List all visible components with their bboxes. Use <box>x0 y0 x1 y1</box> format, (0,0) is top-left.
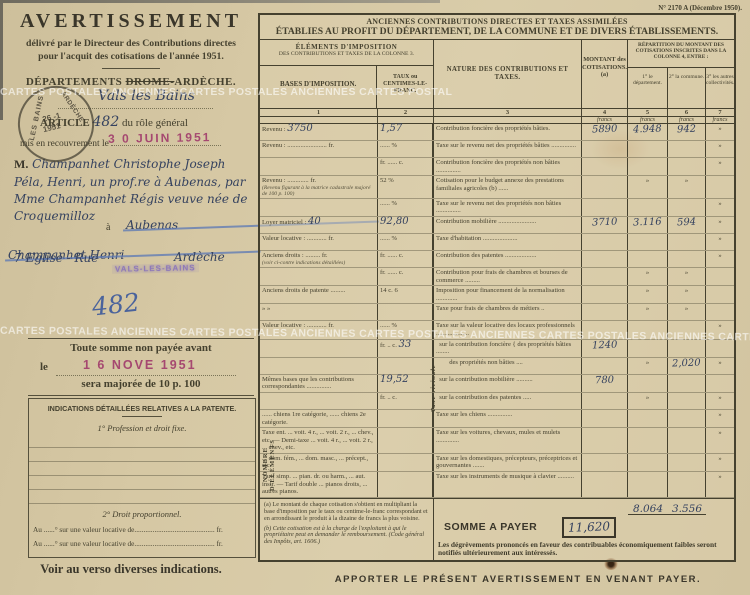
bases-cell <box>260 340 378 357</box>
bases-printed: Anciens droits de patente ......... <box>262 287 345 294</box>
col-num-1: 1 <box>260 109 378 116</box>
subtitle-line2: pour l'acquit des cotisations de l'année… <box>6 51 256 62</box>
departement-cell <box>628 251 668 267</box>
table-header: ÉLÉMENTS D'IMPOSITION DES CONTRIBUTIONS … <box>260 40 734 109</box>
footnote-a: (a) Le montant de chaque cotisation s'ob… <box>264 502 429 523</box>
departement-value: 3.116 <box>633 217 662 227</box>
nature-cell: sur la contribution des patentes ..... <box>434 393 582 409</box>
taux-cell: 14 c. 6 <box>378 286 434 303</box>
bases-printed: Loyer matriciel : <box>262 219 306 226</box>
taux-cell <box>378 410 434 427</box>
addressee-line2: Péla, Henri, un prof.re à Aubenas, par <box>14 176 252 189</box>
commune-cell: 942 <box>668 124 706 140</box>
patente-box: INDICATIONS DÉTAILLÉES RELATIVES A LA PA… <box>28 398 256 558</box>
bases-cell: Tarif simp. ... pian. dr. ou harm., ... … <box>260 472 378 497</box>
fill-line <box>56 375 236 376</box>
autres-value: » <box>718 159 721 166</box>
bases-handwritten: 3750 <box>287 123 312 134</box>
late-payment-text1: Toute somme non payée avant <box>28 342 254 354</box>
departement-cell <box>628 158 668 175</box>
departement-cell <box>628 410 668 427</box>
autres-cell: » <box>706 141 734 157</box>
autres-cell: » <box>706 393 734 409</box>
taux-handwritten: 92,80 <box>380 216 409 227</box>
totals-and-somme: 8.064 3.556 SOMME A PAYER 11,620 Les dég… <box>434 499 734 560</box>
taux-cell: ...... % <box>378 234 434 250</box>
taux-cell: 92,80 <box>378 217 434 233</box>
taux-printed: 14 c. 6 <box>380 287 398 294</box>
commune-cell <box>668 251 706 267</box>
montant-cell <box>582 141 628 157</box>
autres-cell: » <box>706 472 734 497</box>
elements-subtitle: DES CONTRIBUTIONS ET TAXES DE LA COLONNE… <box>260 51 433 57</box>
col-num-4: 4 <box>582 109 628 116</box>
bases-cell: Anciens droits de patente ......... <box>260 286 378 303</box>
autres-value: » <box>718 359 721 366</box>
montant-cell <box>582 358 628 374</box>
table-row: Revenu : ............. fr. (Revenu figur… <box>260 176 734 199</box>
departement-cell <box>628 321 668 338</box>
taux-cell: fr. .. c. 33 <box>378 340 434 357</box>
form-number: N° 2170 A (Décembre 1950). <box>658 4 742 12</box>
departement-struck: DROME- <box>126 76 175 88</box>
departement-value: » <box>646 394 649 401</box>
nature-label: Cotisation pour le budget annexe des pre… <box>436 177 564 192</box>
table-row: Revenu : 3750 1,57 Contribution foncière… <box>260 124 734 141</box>
vals-les-bains-stamp: VALS-LES-BAINS <box>112 263 199 274</box>
departement-value: 4.948 <box>633 125 662 135</box>
taux-cell <box>378 454 434 471</box>
commune-cell <box>668 393 706 409</box>
nature-label: sur la contribution foncière { des propr… <box>436 341 571 356</box>
bases-cell: ...... chiens 1re catégorie, ...... chie… <box>260 410 378 427</box>
departement-value: » <box>646 269 649 276</box>
departement-cell: » <box>628 176 668 198</box>
patente-section1: 1° Profession et droit fixe. <box>29 423 255 433</box>
taux-cell: 1,57 <box>378 124 434 140</box>
taux-handwritten: 33 <box>399 339 412 350</box>
table-row: ...... chiens 1re catégorie, ...... chie… <box>260 410 734 428</box>
autres-cell <box>706 340 734 357</box>
blank-rule <box>29 461 255 462</box>
departement-cell: » <box>628 268 668 285</box>
montant-value: 1240 <box>592 340 618 350</box>
nature-cell: Taxe sur le revenu net des propriétés no… <box>434 199 582 216</box>
departement-cell: » <box>628 358 668 374</box>
taux-cell <box>378 428 434 453</box>
blank-rule <box>29 489 255 490</box>
taux-cell: fr. ...... c. <box>378 158 434 175</box>
totals-row: 8.064 3.556 <box>434 499 734 515</box>
bases-handwritten: 40 <box>308 216 321 227</box>
departement-name: ARDÈCHE. <box>174 76 236 88</box>
monsieur-label: M. <box>14 157 28 171</box>
autres-cell <box>706 286 734 303</box>
table-row: fr. .. c. sur la contribution des patent… <box>260 393 734 410</box>
montant-cell <box>582 251 628 267</box>
montant-cell <box>582 410 628 427</box>
montant-cell <box>582 393 628 409</box>
montant-cell <box>582 472 628 497</box>
taux-handwritten: 1,57 <box>380 123 402 134</box>
commune-value: » <box>685 269 688 276</box>
bases-note: (voir ci-contre indications détaillées) <box>262 260 375 266</box>
bases-printed: Tarif simp. ... pian. dr. ou harm., ... … <box>262 473 367 495</box>
patente-section2: 2° Droit proportionnel. <box>29 509 255 519</box>
montant-value: 5890 <box>592 125 618 135</box>
article-number-handwritten: 482 <box>93 114 120 130</box>
table-row: Tarif simp. ... pian. dr. ou harm., ... … <box>260 472 734 498</box>
bases-printed: ... dom. fém., ... dom. masc., ... préce… <box>262 455 368 470</box>
autres-cell <box>706 304 734 320</box>
autres-value: » <box>718 322 721 329</box>
table-row: Taxe ent. ... voit. 4 r., ... voit. 2 r.… <box>260 428 734 454</box>
commune-cell <box>668 234 706 250</box>
nature-label: des propriétés non bâties .... <box>436 359 523 366</box>
header-bases: BASES D'IMPOSITION. <box>260 66 377 108</box>
commune-cell: 2,020 <box>668 358 706 374</box>
bases-printed: » » <box>262 305 270 312</box>
montant-cell: 1240 <box>582 340 628 357</box>
nature-cell: Contribution pour frais de chambres et b… <box>434 268 582 285</box>
bottom-banner: APPORTER LE PRÉSENT AVERTISSEMENT EN VEN… <box>298 574 738 585</box>
somme-value-box: 11,620 <box>562 517 616 538</box>
nature-label: Taxe sur le revenu net des propriétés bâ… <box>436 142 576 149</box>
elements-title: ÉLÉMENTS D'IMPOSITION <box>260 43 433 51</box>
blank-rule <box>29 503 255 504</box>
somme-value: 11,620 <box>568 520 610 535</box>
taux-printed: ...... % <box>380 235 397 242</box>
departement-cell <box>628 454 668 471</box>
nature-cell: Contribution mobilière .................… <box>434 217 582 233</box>
a-label: à <box>106 222 110 233</box>
francs-blank <box>434 117 582 123</box>
taux-cell: 19,52 <box>378 375 434 392</box>
commune-cell <box>668 141 706 157</box>
nature-cell: Taxe sur les domestiques, précepteurs, p… <box>434 454 582 471</box>
nature-label: Taxe sur les chiens ............... <box>436 411 512 418</box>
header-elements-title: ÉLÉMENTS D'IMPOSITION DES CONTRIBUTIONS … <box>260 40 433 66</box>
departement-cell <box>628 234 668 250</box>
departement-cell <box>628 199 668 216</box>
nature-cell: Taxe sur les chiens ............... <box>434 410 582 427</box>
date-stamp-16-nov: 1 6 NOVE 1951 <box>83 358 197 372</box>
degrevements-note: Les dégrèvements prononcés en faveur des… <box>434 540 734 560</box>
autres-value: » <box>718 125 721 132</box>
autres-cell: » <box>706 358 734 374</box>
montant-cell <box>582 199 628 216</box>
taux-cell: ...... % <box>378 321 434 338</box>
footnotes: (a) Le montant de chaque cotisation s'ob… <box>260 499 434 560</box>
departement-value: » <box>646 287 649 294</box>
taux-cell: fr. ...... c. <box>378 268 434 285</box>
commune-cell <box>668 428 706 453</box>
autres-cell: » <box>706 321 734 338</box>
divider-rule <box>122 416 162 417</box>
nature-cell: sur la contribution foncière { des propr… <box>434 340 582 357</box>
header-repartition: RÉPARTITION DU MONTANT DES COTISATIONS I… <box>628 40 734 108</box>
taux-cell: ...... % <box>378 141 434 157</box>
header-autres: 3° les autres collectivités. <box>706 68 734 108</box>
montant-cell <box>582 321 628 338</box>
autres-cell: » <box>706 251 734 267</box>
table-row: fr. ...... c. Contribution pour frais de… <box>260 268 734 286</box>
nature-cell: Taxe d'habitation ..................... <box>434 234 582 250</box>
montant-cell: 3710 <box>582 217 628 233</box>
montant-cell: 5890 <box>582 124 628 140</box>
commune-cell <box>668 472 706 497</box>
header-montant: MONTANT des COTISATIONS. (a) <box>582 40 628 108</box>
table-row: » » Taxe pour frais de chambres de métie… <box>260 304 734 321</box>
contributions-table: ANCIENNES CONTRIBUTIONS DIRECTES ET TAXE… <box>258 13 736 562</box>
bases-cell: » » <box>260 304 378 320</box>
column-numbers-row: 1 2 3 4 5 6 7 <box>260 109 734 117</box>
table-row: fr. .. c. 33 sur la contribution foncièr… <box>260 340 734 358</box>
departement-cell <box>628 340 668 357</box>
addressee-line3: Mme Champanhet Régis veuve née de <box>14 193 252 206</box>
departement-value: » <box>646 359 649 366</box>
big-article-number: 482 <box>91 288 141 322</box>
subtitle-line1: délivré par le Directeur des Contributio… <box>6 38 256 49</box>
taux-cell: fr. .. c. <box>378 393 434 409</box>
francs-blank <box>260 117 378 123</box>
date-stamp-30-juin: 3 0 JUIN 1951 <box>108 130 212 146</box>
bases-cell: Revenu : ........................ fr. <box>260 141 378 157</box>
header-commune: 2° la commune. <box>668 68 706 108</box>
nature-label: Taxe sur la valeur locative des locaux p… <box>436 322 575 337</box>
somme-label: SOMME A PAYER <box>444 521 562 533</box>
col-num-7: 7 <box>706 109 734 116</box>
commune-cell: 594 <box>668 217 706 233</box>
total-commune: 3.556 <box>668 499 706 515</box>
total-departement: 8.064 <box>628 499 668 515</box>
table-row: Valeur locative : ............ fr. .....… <box>260 234 734 251</box>
taux-printed: fr. ...... c. <box>380 252 403 259</box>
header-departement: 1° le département. <box>628 68 668 108</box>
total-commune-value: 3.556 <box>672 503 702 515</box>
departement-cell: 3.116 <box>628 217 668 233</box>
autres-cell <box>706 268 734 285</box>
bases-printed: ...... chiens 1re catégorie, ...... chie… <box>262 411 366 426</box>
patente-au-line1: Au ......° sur une valeur locative de...… <box>33 525 251 534</box>
montant-value: 780 <box>595 375 614 385</box>
departements-label: DÉPARTEMENTS <box>26 76 122 88</box>
bases-cell: Taxe ent. ... voit. 4 r., ... voit. 2 r.… <box>260 428 378 453</box>
commune-cell <box>668 321 706 338</box>
autres-cell: » <box>706 124 734 140</box>
nature-label: Taxe pour frais de chambres de métiers .… <box>436 305 544 312</box>
table-row: Loyer matriciel : 40 92,80 Contribution … <box>260 217 734 234</box>
bases-printed: Valeur locative : ............ fr. <box>262 322 334 329</box>
departement-cell <box>628 428 668 453</box>
taux-cell: fr. ...... c. <box>378 251 434 267</box>
table-row: ...... % Taxe sur le revenu net des prop… <box>260 199 734 217</box>
autres-value: » <box>718 411 721 418</box>
nature-label: Contribution pour frais de chambres et b… <box>436 269 568 284</box>
taux-handwritten: 19,52 <box>380 374 409 385</box>
commune-value: 2,020 <box>672 358 701 368</box>
bases-printed: Revenu : <box>262 126 286 133</box>
table-title-line2: ÉTABLIES AU PROFIT DU DÉPARTEMENT, DE LA… <box>262 26 732 37</box>
commune-cell <box>668 454 706 471</box>
table-row: Valeur locative : ............ fr. .....… <box>260 321 734 339</box>
commune-value: 594 <box>677 218 696 228</box>
nombre-elements-group-label: NOMBRE D'ÉLÉMENTS <box>262 423 276 507</box>
nature-cell: Taxe pour frais de chambres de métiers .… <box>434 304 582 320</box>
departement-line: DÉPARTEMENTS DROME-ARDÈCHE. <box>6 76 256 88</box>
bases-printed: Valeur locative : ............ fr. <box>262 235 334 242</box>
bases-cell <box>260 199 378 216</box>
commune-cell: » <box>668 176 706 198</box>
montant-cell <box>582 268 628 285</box>
taux-cell: ...... % <box>378 199 434 216</box>
taux-cell <box>378 304 434 320</box>
montant-cell <box>582 158 628 175</box>
nature-label: sur la contribution mobilière .......... <box>436 376 533 383</box>
montant-cell <box>582 428 628 453</box>
taux-printed: fr. .. c. <box>380 342 397 349</box>
nature-label: Taxe d'habitation ..................... <box>436 235 518 242</box>
commune-value: 942 <box>677 125 696 135</box>
bases-cell: Anciens droits : ......... fr. (voir ci-… <box>260 251 378 267</box>
patente-title: INDICATIONS DÉTAILLÉES RELATIVES A LA PA… <box>29 404 255 413</box>
autres-value: » <box>718 473 721 480</box>
taxe-vicinale-group-label: Taxe vicinale <box>430 351 437 425</box>
taux-printed: ...... % <box>380 322 397 329</box>
taux-cell <box>378 358 434 374</box>
divider-rule <box>102 68 160 69</box>
late-payment-box: Toute somme non payée avant le 1 6 NOVE … <box>28 338 254 396</box>
bases-cell: ... dom. fém., ... dom. masc., ... préce… <box>260 454 378 471</box>
autres-value: » <box>718 252 721 259</box>
nature-label: Imposition pour financement de la normal… <box>436 287 565 302</box>
autres-cell: » <box>706 428 734 453</box>
somme-row: SOMME A PAYER 11,620 <box>434 515 734 540</box>
commune-cell <box>668 375 706 392</box>
francs-label: francs <box>582 117 628 123</box>
bases-cell: Revenu : ............. fr. (Revenu figur… <box>260 176 378 198</box>
blank-rule <box>29 447 255 448</box>
nature-cell: Contribution foncière des propriétés bât… <box>434 124 582 140</box>
autres-value: » <box>718 394 721 401</box>
table-bottom: (a) Le montant de chaque cotisation s'ob… <box>260 498 734 560</box>
nature-cell: Taxe sur les instruments de musique à cl… <box>434 472 582 497</box>
table-row: des propriétés non bâties .... » 2,020 » <box>260 358 734 375</box>
table-row: fr. ...... c. Contribution foncière des … <box>260 158 734 176</box>
autres-cell: » <box>706 234 734 250</box>
nature-cell: Taxe sur les voitures, chevaux, mules et… <box>434 428 582 453</box>
col-num-6: 6 <box>668 109 706 116</box>
commune-handwritten: Vals les Bains <box>98 88 195 104</box>
header-elements: ÉLÉMENTS D'IMPOSITION DES CONTRIBUTIONS … <box>260 40 434 108</box>
departement-cell: » <box>628 304 668 320</box>
table-row: Mêmes bases que les contributions corres… <box>260 375 734 393</box>
bases-printed: Taxe ent. ... voit. 4 r., ... voit. 2 r.… <box>262 429 373 451</box>
autres-cell: » <box>706 158 734 175</box>
col-num-3: 3 <box>434 109 582 116</box>
verso-note: Voir au verso diverses indications. <box>6 562 256 577</box>
nature-cell: Contribution foncière des propriétés non… <box>434 158 582 175</box>
autres-cell: » <box>706 199 734 216</box>
bases-cell: Valeur locative : ............ fr. <box>260 321 378 338</box>
table-body: Revenu : 3750 1,57 Contribution foncière… <box>260 124 734 498</box>
commune-value: » <box>685 287 688 294</box>
bases-cell <box>260 158 378 175</box>
montant-cell <box>582 454 628 471</box>
header-taux: TAUX ou CENTIMES-LE-FRANC. <box>377 66 433 108</box>
header-repartition-cols: 1° le département. 2° la commune. 3° les… <box>628 68 734 108</box>
departement-cell <box>628 141 668 157</box>
nature-cell: des propriétés non bâties .... <box>434 358 582 374</box>
bases-printed: Revenu : ............. fr. <box>262 177 316 184</box>
nature-cell: Cotisation pour le budget annexe des pre… <box>434 176 582 198</box>
taux-printed: fr. .. c. <box>380 394 397 401</box>
late-payment-text2: sera majorée de 10 p. 100 <box>28 378 254 390</box>
autres-cell: » <box>706 217 734 233</box>
nature-cell: sur la contribution mobilière .......... <box>434 375 582 392</box>
commune-cell: » <box>668 304 706 320</box>
departement-cell: » <box>628 393 668 409</box>
col-num-5: 5 <box>628 109 668 116</box>
commune-cell <box>668 158 706 175</box>
bases-cell: Loyer matriciel : 40 <box>260 217 378 233</box>
header-repartition-title: RÉPARTITION DU MONTANT DES COTISATIONS I… <box>628 40 734 68</box>
bases-printed: Revenu : ........................ fr. <box>262 142 334 149</box>
autres-value: » <box>718 235 721 242</box>
bases-cell <box>260 358 378 374</box>
taux-printed: ...... % <box>380 142 397 149</box>
header-elements-cols: BASES D'IMPOSITION. TAUX ou CENTIMES-LE-… <box>260 66 433 108</box>
table-row: ... dom. fém., ... dom. masc., ... préce… <box>260 454 734 472</box>
montant-cell: 780 <box>582 375 628 392</box>
autres-value: » <box>718 455 721 462</box>
table-title-block: ANCIENNES CONTRIBUTIONS DIRECTES ET TAXE… <box>260 15 734 40</box>
header-nature: NATURE DES CONTRIBUTIONS ET TAXES. <box>434 40 582 108</box>
montant-cell <box>582 234 628 250</box>
commune-cell <box>668 410 706 427</box>
nature-label: Taxe sur les voitures, chevaux, mules et… <box>436 429 560 444</box>
commune-value: » <box>685 305 688 312</box>
autres-value: » <box>718 200 721 207</box>
nature-label: Taxe sur les domestiques, précepteurs, p… <box>436 455 577 470</box>
ardeche-handwritten: Ardèche <box>174 250 225 264</box>
bases-note: (Revenu figurant à la matrice cadastrale… <box>262 185 375 197</box>
commune-cell: » <box>668 286 706 303</box>
taux-printed: fr. ...... c. <box>380 159 403 166</box>
le-label: le <box>40 361 48 373</box>
bases-cell: Revenu : 3750 <box>260 124 378 140</box>
autres-cell <box>706 375 734 392</box>
taux-cell <box>378 472 434 497</box>
left-panel: LES BAINS 26 -1 1951 ARDÈCHE AVERTISSEME… <box>6 0 256 595</box>
montant-value: 3710 <box>592 218 618 228</box>
taux-cell: 52 % <box>378 176 434 198</box>
autres-cell: » <box>706 454 734 471</box>
autres-cell <box>706 176 734 198</box>
document-title: AVERTISSEMENT <box>6 10 256 33</box>
table-title-line1: ANCIENNES CONTRIBUTIONS DIRECTES ET TAXE… <box>262 17 732 26</box>
bases-cell <box>260 393 378 409</box>
nature-label: Contribution mobilière .................… <box>436 218 536 225</box>
bases-printed: Anciens droits : ......... fr. <box>262 252 328 259</box>
postmark-arc-text: ARDÈCHE <box>60 90 86 123</box>
departement-cell: » <box>628 286 668 303</box>
nature-label: Taxe sur le revenu net des propriétés no… <box>436 200 561 215</box>
commune-cell <box>668 340 706 357</box>
francs-label: francs <box>628 117 668 123</box>
col-num-2: 2 <box>378 109 434 116</box>
autres-value: » <box>718 142 721 149</box>
